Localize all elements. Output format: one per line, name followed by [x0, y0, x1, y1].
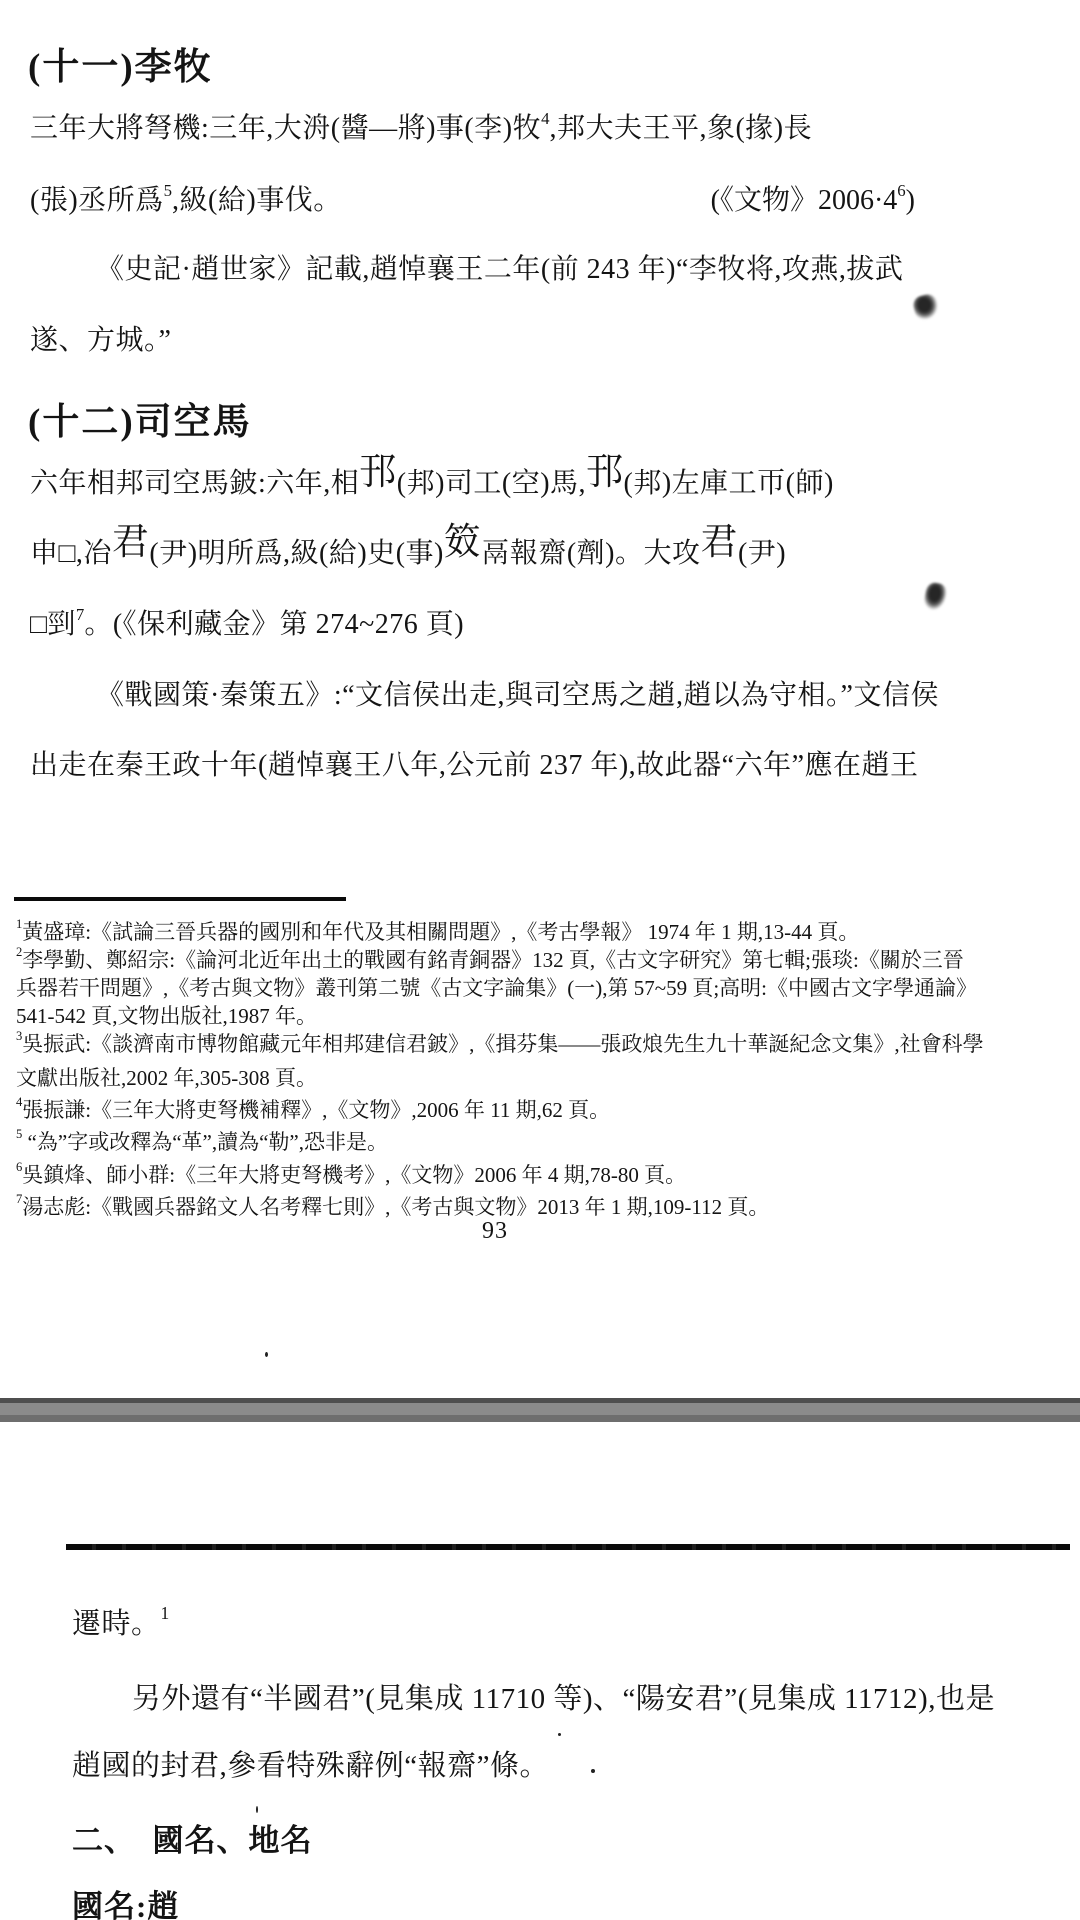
footnote-3-line-2: 文獻出版社,2002 年,305-308 頁。 — [16, 1062, 976, 1092]
footnote-2-line-2: 兵器若干問題》,《考古與文物》叢刊第二號《古文字論集》(一),第 57~59 頁… — [16, 972, 976, 1002]
heading-section-11-limu: (十一)李牧 — [28, 36, 213, 90]
sikongma-inscription-line-2: 申□,冶君(尹)明所爲,級(給)史(事)笯鬲報齋(劑)。大攻君(尹) — [30, 531, 960, 571]
footnote-1: 1黃盛璋:《試論三晉兵器的國別和年代及其相關問題》,《考古學報》 1974 年 … — [16, 916, 976, 946]
heading-section-12-sikongma: (十二)司空馬 — [28, 391, 252, 445]
sikongma-inscription-line-1: 六年相邦司空馬鈹:六年,相邘(邦)司工(空)馬,邘(邦)左庫工帀(師) — [30, 461, 960, 501]
footnote-4: 4張振謙:《三年大將吏弩機補釋》,《文物》,2006 年 11 期,62 頁。 — [16, 1094, 976, 1124]
heading-guoming-zhao: 國名:趙 — [72, 1881, 179, 1920]
footnote-7: 7湯志彪:《戰國兵器銘文人名考釋七則》,《考古與文物》2013 年 1 期,10… — [16, 1191, 976, 1221]
scan-artifact-dot — [558, 1733, 561, 1736]
scan-artifact-dot — [591, 1769, 595, 1773]
footnote-separator-rule — [14, 897, 346, 901]
qianshi-line: 遷時。1 — [72, 1601, 1022, 1642]
footnote-2-line-3: 541-542 頁,文物出版社,1987 年。 — [16, 1000, 976, 1030]
footnote-5: 5 “為”字或改釋為“革”,讀為“勒”,恐非是。 — [16, 1126, 976, 1156]
scanned-book-spread: (十一)李牧 三年大將弩機:三年,大洀(醬—將)事(李)牧4,邦大夫王平,象(掾… — [0, 0, 1080, 1920]
zhanguoce-para-line-1: 《戰國策·秦策五》:“文信侯出走,與司空馬之趙,趙以為守相。”文信侯 — [30, 673, 960, 713]
shiji-quote-line-2: 遂、方城。” — [30, 318, 960, 358]
footnote-3-line-1: 3吳振武:《談濟南市博物館藏元年相邦建信君鈹》,《揖芬集——張政烺先生九十華誕紀… — [16, 1028, 976, 1058]
heading-section-2-guoming-diming: 二、 國名、地名 — [72, 1815, 313, 1860]
source-citation-wenwu: (《文物》2006·46) — [711, 178, 915, 218]
zhanguoce-para-line-2: 出走在秦王政十年(趙悼襄王八年,公元前 237 年),故此器“六年”應在趙王 — [30, 743, 960, 783]
sikongma-inscription-line-3: □剄7。(《保利藏金》第 274~276 頁) — [30, 602, 960, 642]
page-number: 93 — [30, 1218, 960, 1245]
footnote-2-line-1: 2李學勤、鄭紹宗:《論河北近年出土的戰國有銘青銅器》132 頁,《古文字研究》第… — [16, 944, 976, 974]
shiji-quote-line-1: 《史記·趙世家》記載,趙悼襄王二年(前 243 年)“李牧将,攻燕,拔武 — [30, 247, 960, 287]
footnote-6: 6吳鎮烽、師小群:《三年大將吏弩機考》,《文物》2006 年 4 期,78-80… — [16, 1159, 976, 1189]
numu-line2-text: (張)丞所爲5,級(給)事伐。 — [30, 185, 342, 216]
fengjun-para-line-1: 另外還有“半國君”(見集成 11710 等)、“陽安君”(見集成 11712),… — [72, 1676, 1022, 1717]
page-break-scanner-band — [0, 1398, 1080, 1422]
numu-inscription-line-1: 三年大將弩機:三年,大洀(醬—將)事(李)牧4,邦大夫王平,象(掾)長 — [30, 106, 960, 146]
numu-inscription-line-2: (張)丞所爲5,級(給)事伐。 (《文物》2006·46) — [30, 178, 960, 218]
fengjun-para-line-2: 趙國的封君,參看特殊辭例“報齋”條。 — [72, 1743, 1022, 1784]
scan-artifact-dot — [256, 1806, 258, 1813]
page-top-rule — [66, 1544, 1070, 1550]
scan-artifact-dot — [265, 1352, 268, 1357]
